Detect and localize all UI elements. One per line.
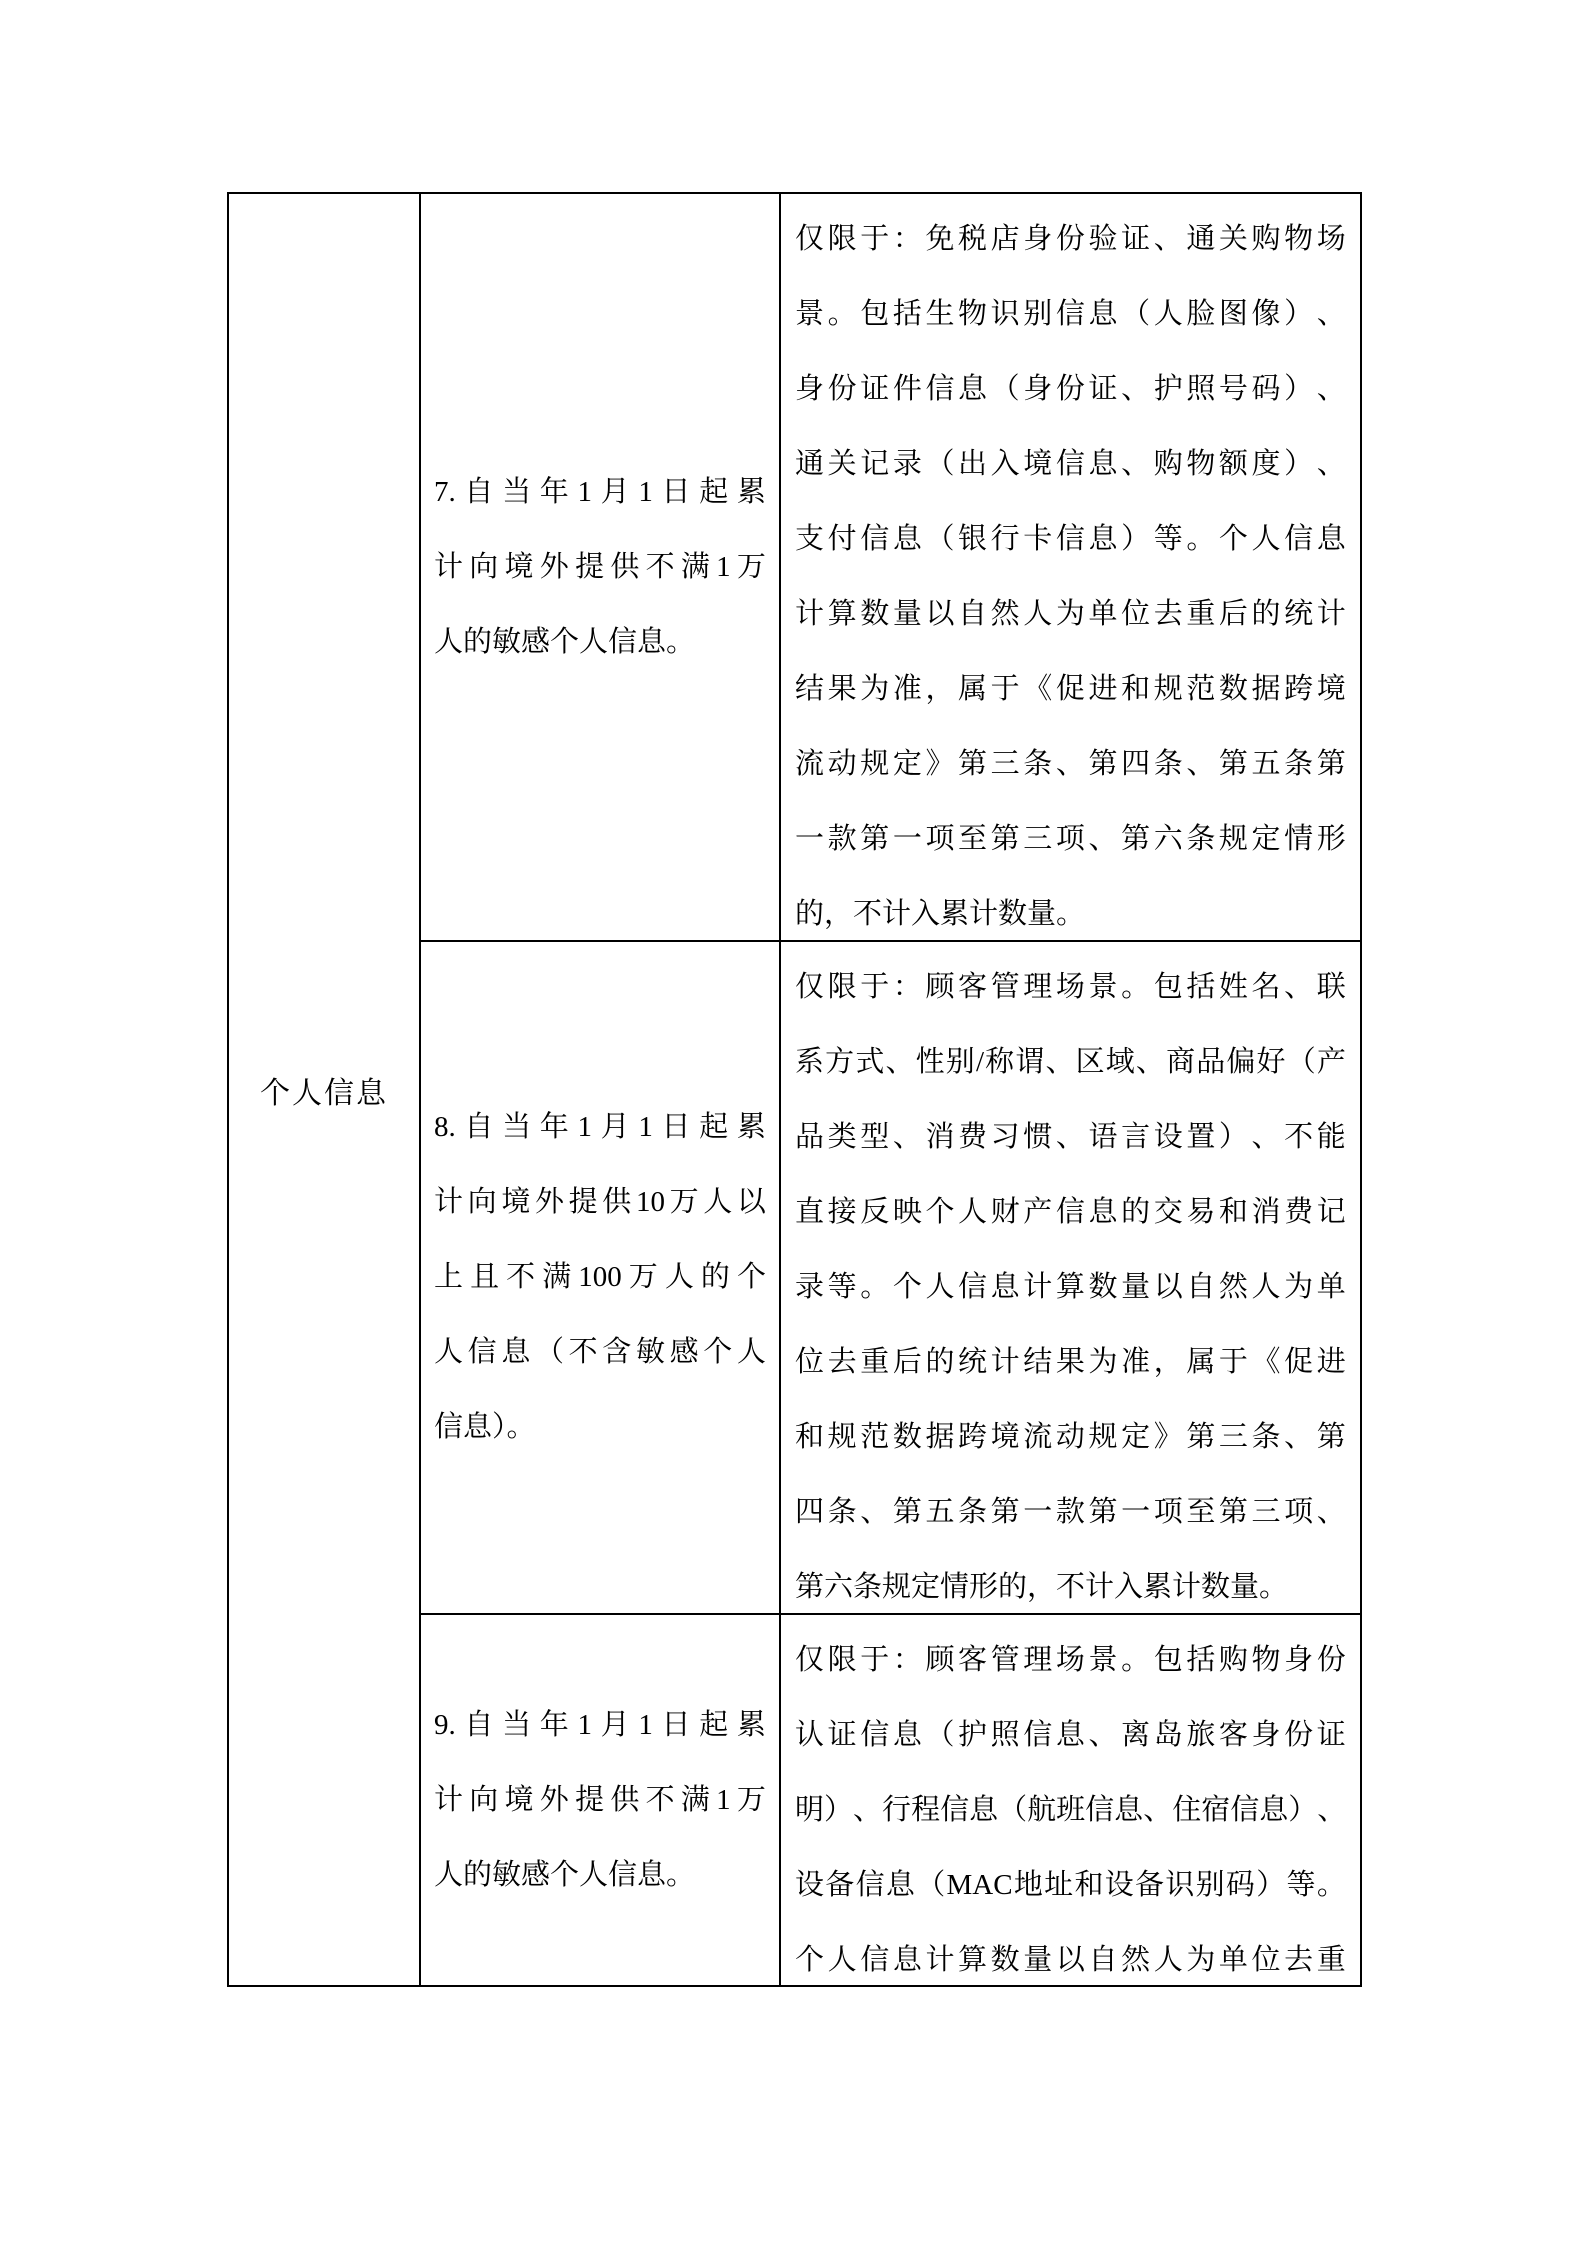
text-line: 上且不满100万人的个 [434, 1240, 766, 1315]
text-line: 计向境外提供不满1万 [434, 1763, 766, 1838]
text-line: 个人信息计算数量以自然人为单位去重 [795, 1923, 1346, 1985]
item-cell-9: 9.自当年1月1日起累计向境外提供不满1万人的敏感个人信息。 [421, 1615, 781, 1985]
text-line: 结果为准，属于《促进和规范数据跨境 [795, 652, 1346, 727]
scenario-cell-8: 仅限于：顾客管理场景。包括姓名、联系方式、性别/称谓、区域、商品偏好（产品类型、… [781, 942, 1360, 1615]
text-line: 身份证件信息（身份证、护照号码）、 [795, 352, 1346, 427]
text-line: 和规范数据跨境流动规定》第三条、第 [795, 1400, 1346, 1475]
text-line: 四条、第五条第一款第一项至第三项、 [795, 1475, 1346, 1550]
text-line: 设备信息（MAC地址和设备识别码）等。 [795, 1848, 1346, 1923]
text-line: 认证信息（护照信息、离岛旅客身份证 [795, 1698, 1346, 1773]
text-line: 仅限于：免税店身份验证、通关购物场 [795, 202, 1346, 277]
text-line: 支付信息（银行卡信息）等。个人信息 [795, 502, 1346, 577]
text-line: 明）、行程信息（航班信息、住宿信息）、 [795, 1773, 1346, 1848]
category-cell: 个人信息 [229, 194, 421, 1985]
text-line: 仅限于：顾客管理场景。包括购物身份 [795, 1623, 1346, 1698]
text-line: 人的敏感个人信息。 [434, 605, 766, 680]
text-line: 景。包括生物识别信息（人脸图像）、 [795, 277, 1346, 352]
text-line: 流动规定》第三条、第四条、第五条第 [795, 727, 1346, 802]
text-line: 9.自当年1月1日起累 [434, 1688, 766, 1763]
scenario-cell-7: 仅限于：免税店身份验证、通关购物场景。包括生物识别信息（人脸图像）、身份证件信息… [781, 194, 1360, 942]
text-line: 7.自当年1月1日起累 [434, 455, 766, 530]
text-line: 通关记录（出入境信息、购物额度）、 [795, 427, 1346, 502]
text-line: 一款第一项至第三项、第六条规定情形 [795, 802, 1346, 877]
text-line: 人的敏感个人信息。 [434, 1838, 766, 1913]
text-line: 人信息（不含敏感个人 [434, 1315, 766, 1390]
page: 个人信息 7.自当年1月1日起累计向境外提供不满1万人的敏感个人信息。 仅限于：… [0, 0, 1587, 2245]
text-line: 信息）。 [434, 1390, 766, 1465]
text-line: 直接反映个人财产信息的交易和消费记 [795, 1175, 1346, 1250]
item-cell-7: 7.自当年1月1日起累计向境外提供不满1万人的敏感个人信息。 [421, 194, 781, 942]
text-line: 系方式、性别/称谓、区域、商品偏好（产 [795, 1025, 1346, 1100]
text-line: 的，不计入累计数量。 [795, 877, 1346, 942]
text-line: 仅限于：顾客管理场景。包括姓名、联 [795, 950, 1346, 1025]
item-cell-8: 8.自当年1月1日起累计向境外提供10万人以上且不满100万人的个人信息（不含敏… [421, 942, 781, 1615]
text-line: 计向境外提供10万人以 [434, 1165, 766, 1240]
text-line: 录等。个人信息计算数量以自然人为单 [795, 1250, 1346, 1325]
text-line: 第六条规定情形的，不计入累计数量。 [795, 1550, 1346, 1615]
text-line: 品类型、消费习惯、语言设置）、不能 [795, 1100, 1346, 1175]
text-line: 计向境外提供不满1万 [434, 530, 766, 605]
scenario-cell-9: 仅限于：顾客管理场景。包括购物身份认证信息（护照信息、离岛旅客身份证明）、行程信… [781, 1615, 1360, 1985]
text-line: 位去重后的统计结果为准，属于《促进 [795, 1325, 1346, 1400]
data-table: 个人信息 7.自当年1月1日起累计向境外提供不满1万人的敏感个人信息。 仅限于：… [227, 192, 1362, 1987]
text-line: 计算数量以自然人为单位去重后的统计 [795, 577, 1346, 652]
category-label: 个人信息 [260, 1068, 388, 1112]
text-line: 8.自当年1月1日起累 [434, 1090, 766, 1165]
